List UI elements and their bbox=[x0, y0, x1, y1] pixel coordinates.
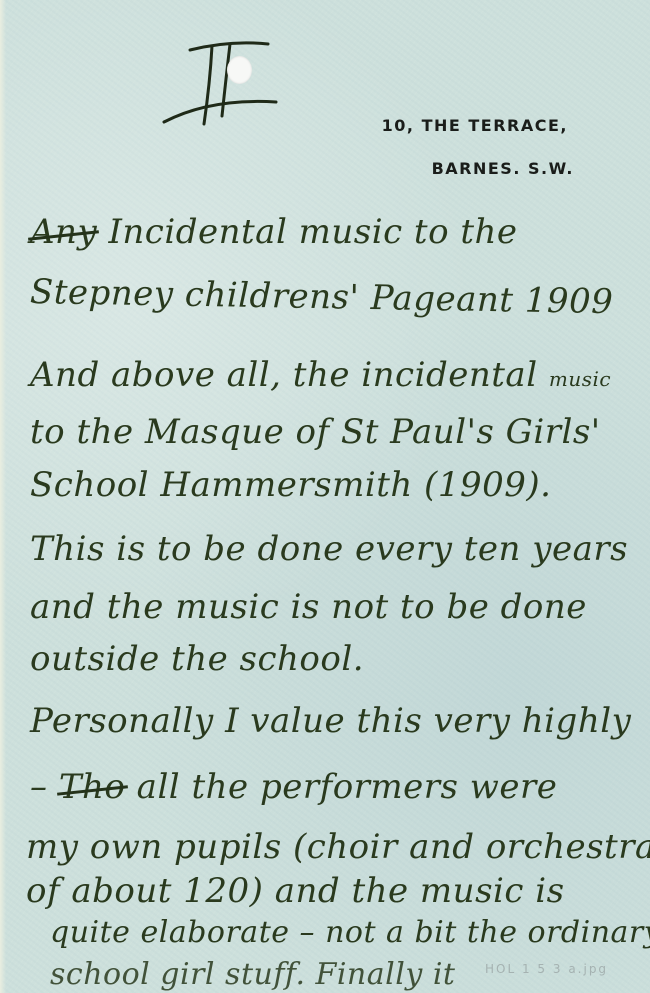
text-line: and the music is not to be done bbox=[30, 590, 587, 624]
handwritten-text: Any Incidental music to the Stepney chil… bbox=[0, 0, 650, 993]
text-line: of about 120) and the music is bbox=[26, 874, 565, 908]
struck-word: Any bbox=[30, 215, 97, 249]
text-line: quite elaborate – not a bit the ordinary bbox=[50, 918, 650, 948]
inserted-word: music bbox=[549, 367, 611, 391]
text-line: Any Incidental music to the bbox=[30, 215, 518, 249]
text-line: Stepney childrens' Pageant 1909 bbox=[30, 275, 614, 319]
letter-page: 10, THE TERRACE, BARNES. S.W. Any Incide… bbox=[0, 0, 650, 993]
text-line: This is to be done every ten years bbox=[30, 532, 628, 566]
text-line: Personally I value this very highly bbox=[30, 704, 631, 738]
text-line: School Hammersmith (1909). bbox=[30, 468, 551, 502]
struck-word: Tho bbox=[59, 770, 126, 804]
text-line: And above all, the incidental music bbox=[30, 358, 611, 392]
file-watermark: HOL 1 5 3 a.jpg bbox=[485, 962, 608, 976]
text-line: school girl stuff. Finally it bbox=[50, 960, 455, 990]
text-line: to the Masque of St Paul's Girls' bbox=[30, 415, 601, 449]
text-line: my own pupils (choir and orchestra bbox=[26, 830, 650, 864]
text-line: outside the school. bbox=[30, 642, 364, 676]
text-line: – Tho all the performers were bbox=[30, 770, 557, 804]
